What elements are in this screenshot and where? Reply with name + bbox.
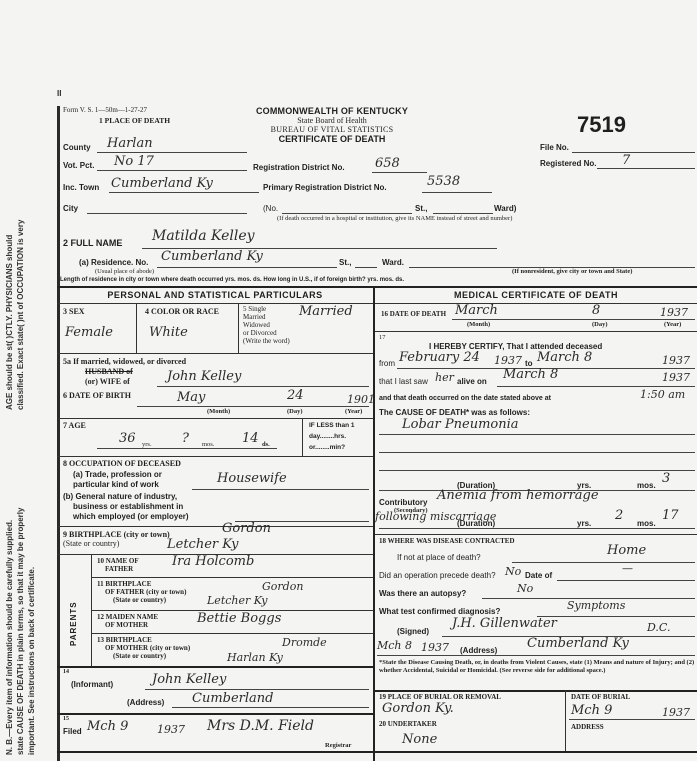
st-label: St., bbox=[415, 204, 427, 213]
signed-year[interactable]: 1937 bbox=[421, 641, 449, 654]
last-saw-underline bbox=[497, 386, 695, 387]
day-caption: (Day) bbox=[287, 408, 303, 415]
age-days[interactable]: 14 bbox=[242, 431, 259, 446]
footnote: *State the Disease Causing Death, or, in… bbox=[379, 659, 695, 675]
dod-day-caption: (Day) bbox=[592, 321, 608, 328]
time-value[interactable]: 1:50 am bbox=[640, 388, 685, 401]
from-label: from bbox=[379, 359, 395, 368]
burial-year-value[interactable]: 1937 bbox=[662, 706, 690, 719]
ward-field[interactable] bbox=[433, 213, 493, 214]
father-birthplace-state[interactable]: Letcher Ky bbox=[207, 594, 267, 607]
operation-date-value[interactable]: — bbox=[622, 562, 633, 575]
vot-pct-value[interactable]: No 17 bbox=[114, 154, 154, 169]
inc-town-label: Inc. Town bbox=[63, 183, 99, 192]
county-value[interactable]: Harlan bbox=[107, 136, 153, 151]
duration-2-label: (Duration) bbox=[457, 519, 495, 528]
contributory-label: Contributory bbox=[379, 498, 427, 507]
father-name-label-2: FATHER bbox=[105, 565, 133, 573]
divider bbox=[136, 303, 137, 353]
occupation-b1-label: (b) General nature of industry, bbox=[63, 492, 177, 501]
age-underline bbox=[97, 448, 277, 449]
not-at-place-label: If not at place of death? bbox=[397, 553, 481, 562]
left-border bbox=[57, 106, 60, 761]
cause-line-2[interactable] bbox=[379, 452, 695, 453]
registrar-value[interactable]: Mrs D.M. Field bbox=[207, 718, 314, 734]
signed-suffix[interactable]: D.C. bbox=[647, 621, 670, 634]
dob-year[interactable]: 1901 bbox=[347, 393, 375, 406]
operation-underline bbox=[557, 580, 695, 581]
dob-underline bbox=[137, 406, 369, 407]
filed-year[interactable]: 1937 bbox=[157, 723, 185, 736]
duration-2-yrs-caption: yrs. bbox=[577, 519, 591, 528]
cause-primary[interactable]: Lobar Pneumonia bbox=[402, 417, 519, 432]
primary-district-underline bbox=[422, 192, 492, 193]
registered-no-value[interactable]: 7 bbox=[622, 153, 630, 168]
divider bbox=[375, 751, 697, 753]
inc-town-value[interactable]: Cumberland Ky bbox=[111, 176, 213, 191]
last-saw-date[interactable]: March 8 bbox=[503, 367, 558, 382]
burial-date-label: DATE OF BURIAL bbox=[571, 693, 630, 701]
dod-month-caption: (Month) bbox=[467, 321, 490, 328]
filed-number: 15 bbox=[63, 716, 69, 722]
not-at-place-value[interactable]: Home bbox=[607, 543, 646, 558]
birthplace-label: 9 BIRTHPLACE (city or town) bbox=[63, 530, 170, 539]
spouse-label-1: 5a If married, widowed, or divorced bbox=[63, 357, 186, 366]
dob-day[interactable]: 24 bbox=[287, 388, 304, 403]
cause-label: The CAUSE OF DEATH* was as follows: bbox=[379, 408, 530, 417]
undertaker-value[interactable]: None bbox=[402, 732, 437, 747]
registrar-label: Registrar bbox=[325, 742, 351, 749]
inc-town-underline bbox=[109, 192, 259, 193]
occupation-value[interactable]: Housewife bbox=[217, 471, 287, 486]
side-note-upper: AGE should be st( )CTLY. PHYSICIANS shou… bbox=[4, 120, 48, 410]
primary-district-value[interactable]: 5538 bbox=[427, 174, 460, 189]
mother-birthplace-state[interactable]: Harlan Ky bbox=[227, 651, 283, 664]
spouse-underline bbox=[157, 386, 369, 387]
ward-label: Ward) bbox=[494, 204, 516, 213]
length-residence-line: Length of residence in city or town wher… bbox=[60, 277, 404, 283]
spouse-label-husband: HUSBAND of bbox=[85, 367, 133, 376]
marital-status-value[interactable]: Married bbox=[299, 304, 353, 319]
occupation-b2-label: business or establishment in bbox=[73, 502, 183, 511]
dob-label: 6 DATE OF BIRTH bbox=[63, 391, 131, 400]
sex-value[interactable]: Female bbox=[65, 325, 113, 340]
operation-value[interactable]: No bbox=[505, 565, 521, 578]
father-name-value[interactable]: Ira Holcomb bbox=[172, 554, 254, 569]
dod-day[interactable]: 8 bbox=[592, 303, 600, 318]
dod-month[interactable]: March bbox=[455, 303, 498, 318]
cause-line-3[interactable] bbox=[379, 470, 695, 471]
age-label: 7 AGE bbox=[63, 421, 86, 430]
cause-line-1 bbox=[379, 434, 695, 435]
residence-st-field[interactable] bbox=[355, 267, 377, 268]
signed-label: (Signed) bbox=[397, 627, 429, 636]
duration-2-months[interactable]: 2 bbox=[615, 508, 623, 523]
mother-birthplace-label-1: 13 BIRTHPLACE bbox=[97, 636, 152, 644]
date-of-death-label: 16 DATE OF DEATH bbox=[381, 310, 446, 318]
city-field[interactable] bbox=[87, 213, 247, 214]
less-than-one-label: IF LESS than 1 bbox=[309, 422, 355, 429]
pronoun-value[interactable]: her bbox=[435, 371, 454, 384]
divider bbox=[375, 690, 697, 692]
bureau-title: BUREAU OF VITAL STATISTICS bbox=[252, 125, 412, 134]
file-no-field[interactable] bbox=[572, 152, 695, 153]
residence-label: (a) Residence. No. bbox=[79, 258, 148, 267]
page-mark: ll bbox=[57, 89, 61, 98]
county-label: County bbox=[63, 143, 91, 152]
signed-value[interactable]: J.H. Gillenwater bbox=[452, 616, 557, 631]
doctor-address-underline bbox=[377, 655, 695, 656]
residence-ward-label: Ward. bbox=[382, 258, 404, 267]
doctor-address-label: (Address) bbox=[460, 646, 497, 655]
father-birthplace-label-3: (State or country) bbox=[113, 596, 166, 604]
duration-2-mos-caption: mos. bbox=[637, 519, 656, 528]
divider bbox=[375, 331, 697, 332]
birthplace-state-label: (State or country) bbox=[63, 539, 119, 548]
residence-underline bbox=[157, 267, 337, 268]
marital-status-label: 5 Single Married Widowed or Divorced (Wr… bbox=[243, 305, 290, 345]
residence-value[interactable]: Cumberland Ky bbox=[161, 249, 263, 264]
occupation-a-label: (a) Trade, profession or bbox=[73, 470, 162, 479]
registration-district-underline bbox=[372, 172, 427, 173]
undertaker-address-label: ADDRESS bbox=[571, 723, 604, 731]
occupation-underline bbox=[192, 489, 369, 490]
primary-district-label: Primary Registration District No. bbox=[263, 183, 387, 192]
commonwealth-title: COMMONWEALTH OF KENTUCKY bbox=[252, 106, 412, 116]
dod-underline bbox=[452, 319, 695, 320]
age-months[interactable]: ? bbox=[182, 431, 189, 446]
occurred-text: and that death occurred on the date stat… bbox=[379, 395, 551, 402]
birthplace-city[interactable]: Gordon bbox=[222, 521, 271, 536]
side-note-lower: N. B.—Every item of information should b… bbox=[4, 420, 48, 755]
year-caption: (Year) bbox=[345, 408, 362, 415]
form-id: Form V. S. 1—50m—1-27-27 bbox=[63, 106, 147, 114]
residence-st-label: St., bbox=[339, 258, 351, 267]
autopsy-label: Was there an autopsy? bbox=[379, 589, 466, 598]
mother-birthplace-label-3: (State or country) bbox=[113, 652, 166, 660]
divider bbox=[57, 286, 697, 288]
personal-section-title: PERSONAL AND STATISTICAL PARTICULARS bbox=[57, 290, 373, 300]
divider bbox=[238, 303, 239, 353]
filed-label: Filed bbox=[63, 727, 82, 736]
autopsy-value[interactable]: No bbox=[517, 582, 533, 595]
divider bbox=[91, 577, 373, 578]
parents-label: PARENTS bbox=[69, 576, 78, 646]
board-title: State Board of Health bbox=[252, 116, 412, 125]
hospital-note: (If death occurred in a hospital or inst… bbox=[277, 215, 512, 222]
divider bbox=[375, 534, 697, 535]
duration-2-underline bbox=[379, 528, 695, 529]
vot-pct-label: Vot. Pct. bbox=[63, 161, 94, 170]
filed-date[interactable]: Mch 9 bbox=[87, 719, 128, 734]
signed-date[interactable]: Mch 8 bbox=[377, 639, 412, 652]
informant-value[interactable]: John Kelley bbox=[152, 672, 226, 687]
burial-place-label: 19 PLACE OF BURIAL OR REMOVAL bbox=[379, 693, 501, 701]
occupation-a2-label: particular kind of work bbox=[73, 480, 159, 489]
birthplace-state[interactable]: Letcher Ky bbox=[167, 537, 238, 552]
city-label: City bbox=[63, 204, 78, 213]
medical-section-title: MEDICAL CERTIFICATE OF DEATH bbox=[375, 290, 697, 300]
full-name-value[interactable]: Matilda Kelley bbox=[152, 228, 255, 244]
informant-address-value[interactable]: Cumberland bbox=[192, 691, 273, 706]
contributory-value[interactable]: Anemia from hemorrage bbox=[437, 488, 599, 503]
mother-name-label-2: OF MOTHER bbox=[105, 621, 148, 629]
divider bbox=[302, 418, 303, 456]
divider bbox=[375, 303, 697, 304]
years-caption: yrs. bbox=[142, 441, 152, 448]
operation-date-label: Date of bbox=[525, 571, 552, 580]
spouse-label-wife: (or) WIFE of bbox=[85, 377, 130, 386]
informant-label: (Informant) bbox=[71, 680, 113, 689]
divider bbox=[57, 751, 373, 753]
burial-date-underline bbox=[569, 719, 695, 720]
dod-year[interactable]: 1937 bbox=[660, 306, 688, 319]
divider bbox=[57, 418, 373, 419]
registration-district-value[interactable]: 658 bbox=[375, 156, 400, 171]
informant-number: 14 bbox=[63, 669, 69, 675]
nonresident-caption: (If nonresident, give city or town and S… bbox=[512, 268, 632, 275]
duration-2-days[interactable]: 17 bbox=[662, 508, 679, 523]
days-caption: ds. bbox=[262, 441, 270, 448]
operation-label: Did an operation precede death? bbox=[379, 571, 496, 580]
vot-pct-underline bbox=[97, 170, 247, 171]
certify-number: 17 bbox=[379, 334, 386, 341]
divider bbox=[57, 456, 373, 457]
undertaker-label: 20 UNDERTAKER bbox=[379, 720, 437, 728]
county-underline bbox=[97, 152, 247, 153]
divider bbox=[57, 713, 373, 715]
father-birthplace-label-2: OF FATHER (city or town) bbox=[105, 588, 186, 596]
duration-1-days[interactable]: 3 bbox=[662, 471, 670, 486]
informant-address-underline bbox=[172, 707, 369, 708]
registered-no-label: Registered No. bbox=[540, 159, 596, 168]
father-birthplace-label-1: 11 BIRTHPLACE bbox=[97, 580, 151, 588]
age-years[interactable]: 36 bbox=[119, 431, 136, 446]
mother-name-value[interactable]: Bettie Boggs bbox=[197, 611, 281, 626]
divider bbox=[57, 353, 373, 354]
color-race-label: 4 COLOR OR RACE bbox=[145, 307, 219, 316]
to-year[interactable]: 1937 bbox=[662, 354, 690, 367]
file-no-label: File No. bbox=[540, 143, 569, 152]
test-underline bbox=[537, 616, 695, 617]
doctor-address-value[interactable]: Cumberland Ky bbox=[527, 636, 629, 651]
test-label: What test confirmed diagnosis? bbox=[379, 607, 500, 616]
to-date[interactable]: March 8 bbox=[537, 350, 592, 365]
spouse-value[interactable]: John Kelley bbox=[167, 369, 241, 384]
usual-place-caption: (Usual place of abode) bbox=[95, 268, 154, 275]
mother-birthplace-label-2: OF MOTHER (city or town) bbox=[105, 644, 190, 652]
color-race-value[interactable]: White bbox=[149, 325, 188, 340]
informant-address-label: (Address) bbox=[127, 698, 164, 707]
last-saw-year[interactable]: 1937 bbox=[662, 371, 690, 384]
or-min-label: or........min? bbox=[309, 444, 345, 451]
full-name-label: 2 FULL NAME bbox=[63, 238, 122, 248]
from-year[interactable]: 1937 bbox=[494, 354, 522, 367]
informant-underline bbox=[145, 689, 369, 690]
not-at-place-underline bbox=[512, 562, 695, 563]
father-birthplace-city[interactable]: Gordon bbox=[262, 580, 303, 593]
divider bbox=[565, 690, 566, 752]
sex-label: 3 SEX bbox=[63, 307, 85, 316]
occupation-label: 8 OCCUPATION OF DECEASED bbox=[63, 459, 181, 468]
street-no-label: (No. bbox=[263, 204, 278, 213]
death-certificate-form: Form V. S. 1—50m—1-27-27 1 PLACE OF DEAT… bbox=[57, 106, 697, 761]
divider bbox=[57, 526, 373, 527]
test-value[interactable]: Symptoms bbox=[567, 599, 625, 612]
certificate-title: CERTIFICATE OF DEATH bbox=[252, 134, 412, 144]
from-date[interactable]: February 24 bbox=[399, 350, 480, 365]
disease-contracted-label: 18 WHERE WAS DISEASE CONTRACTED bbox=[379, 537, 515, 545]
certificate-header: COMMONWEALTH OF KENTUCKY State Board of … bbox=[252, 106, 412, 144]
months-caption: mos. bbox=[202, 441, 214, 448]
street-field[interactable] bbox=[282, 213, 412, 214]
registered-no-underline bbox=[597, 168, 695, 169]
burial-date-value[interactable]: Mch 9 bbox=[571, 703, 612, 718]
dod-year-caption: (Year) bbox=[664, 321, 681, 328]
last-saw-label: that I last saw bbox=[379, 377, 428, 386]
father-name-label-1: 10 NAME OF bbox=[97, 557, 139, 565]
mother-name-label-1: 12 MAIDEN NAME bbox=[97, 613, 158, 621]
duration-1-mos-caption: mos. bbox=[637, 481, 656, 490]
occupation-b3-label: which employed (or employer) bbox=[73, 512, 189, 521]
certificate-number: 7519 bbox=[577, 112, 626, 138]
dob-month[interactable]: May bbox=[177, 390, 205, 405]
day-hrs-label: day........hrs. bbox=[309, 433, 346, 440]
registration-district-label: Registration District No. bbox=[253, 163, 345, 172]
alive-on-label: alive on bbox=[457, 377, 487, 386]
mother-birthplace-city[interactable]: Dromde bbox=[282, 636, 327, 649]
divider bbox=[57, 666, 373, 668]
burial-place-value[interactable]: Gordon Ky. bbox=[382, 701, 454, 716]
place-of-death-label: 1 PLACE OF DEATH bbox=[99, 116, 170, 125]
month-caption: (Month) bbox=[207, 408, 230, 415]
divider bbox=[91, 633, 373, 634]
